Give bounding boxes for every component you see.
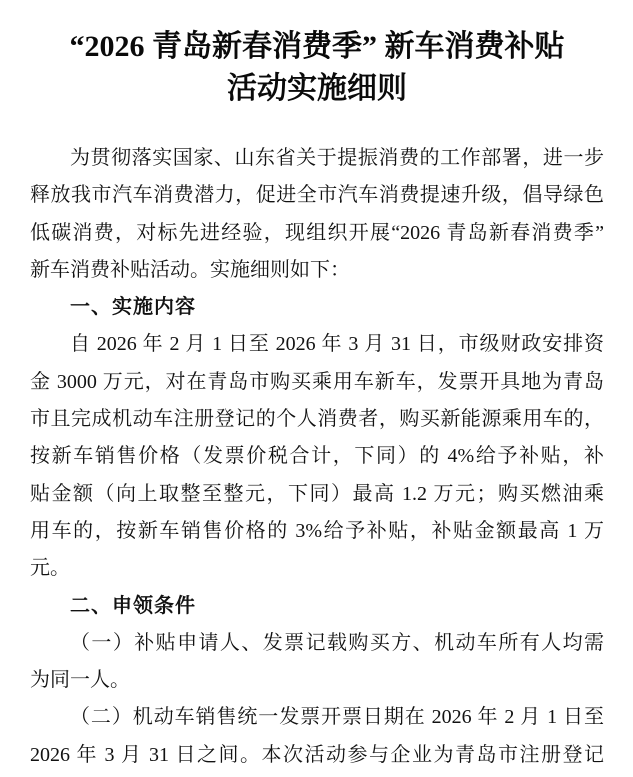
document-body: 为贯彻落实国家、山东省关于提振消费的工作部署，进一步 释放我市汽车消费潜力，促进…: [30, 140, 604, 774]
title-line-1: “2026 青岛新春消费季” 新车消费补贴: [30, 26, 604, 68]
section-2-heading: 二、申领条件: [30, 588, 604, 625]
section-1-paragraph: 自 2026 年 2 月 1 日至 2026 年 3 月 31 日，市级财政安排…: [30, 326, 604, 587]
section-1-line-1: 自 2026 年 2 月 1 日至 2026 年 3 月 31 日，市级财政安排…: [30, 326, 604, 363]
intro-line-2: 释放我市汽车消费潜力，促进全市汽车消费提速升级，倡导绿色: [30, 177, 604, 214]
section-1-line-2: 金 3000 万元，对在青岛市购买乘用车新车，发票开具地为青岛: [30, 364, 604, 401]
intro-line-4: 新车消费补贴活动。实施细则如下：: [30, 252, 604, 289]
section-1-line-5: 贴金额（向上取整至整元，下同）最高 1.2 万元；购买燃油乘: [30, 476, 604, 513]
intro-line-3: 低碳消费，对标先进经验，现组织开展“2026 青岛新春消费季”: [30, 215, 604, 252]
clause-1-line-1: （一）补贴申请人、发票记载购买方、机动车所有人均需: [30, 625, 604, 662]
clause-2-line-2: 2026 年 3 月 31 日之间。本次活动参与企业为青岛市注册登记: [30, 737, 604, 774]
intro-line-1: 为贯彻落实国家、山东省关于提振消费的工作部署，进一步: [30, 140, 604, 177]
clause-1-line-2: 为同一人。: [30, 662, 604, 699]
section-1-line-6: 用车的，按新车销售价格的 3%给予补贴，补贴金额最高 1 万: [30, 513, 604, 550]
clause-2-line-1: （二）机动车销售统一发票开票日期在 2026 年 2 月 1 日至: [30, 699, 604, 736]
section-1-line-4: 按新车销售价格（发票价税合计，下同）的 4%给予补贴，补: [30, 438, 604, 475]
document-title: “2026 青岛新春消费季” 新车消费补贴 活动实施细则: [30, 26, 604, 110]
intro-paragraph: 为贯彻落实国家、山东省关于提振消费的工作部署，进一步 释放我市汽车消费潜力，促进…: [30, 140, 604, 289]
document-page: “2026 青岛新春消费季” 新车消费补贴 活动实施细则 为贯彻落实国家、山东省…: [0, 0, 633, 777]
section-2-clause-2: （二）机动车销售统一发票开票日期在 2026 年 2 月 1 日至 2026 年…: [30, 699, 604, 774]
section-1-heading: 一、实施内容: [30, 289, 604, 326]
section-1-line-3: 市且完成机动车注册登记的个人消费者，购买新能源乘用车的，: [30, 401, 604, 438]
section-1-line-7: 元。: [30, 550, 604, 587]
title-line-2: 活动实施细则: [30, 68, 604, 110]
section-2-clause-1: （一）补贴申请人、发票记载购买方、机动车所有人均需 为同一人。: [30, 625, 604, 700]
